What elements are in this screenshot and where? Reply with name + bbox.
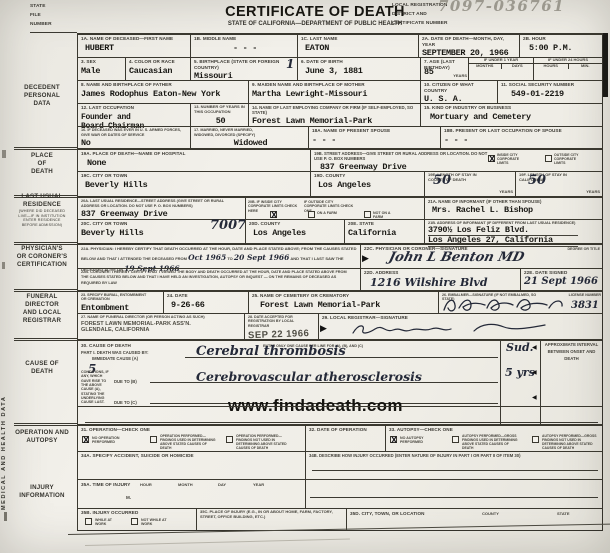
field-1c-last-name: 1C. LAST NAMEEATON — [297, 33, 418, 57]
scan-margin-mark — [4, 512, 7, 521]
field-26-embalmer: 26. EMBALMER—SIGNATURE (IF NOT EMBALMED,… — [438, 290, 603, 313]
attended-to-date: 20 Sept 1966 — [234, 253, 289, 262]
sidebar-funeral-director: FUNERAL DIRECTOR AND LOCAL REGISTRAR — [20, 293, 64, 325]
sidebar-physicians-certification: PHYSICIAN'S OR CORONER'S CERTIFICATION — [16, 245, 68, 269]
field-28-date-accepted: 28. DATE ACCEPTED FOR REGISTRATION BY LO… — [244, 313, 318, 339]
registrar-pointer-arrow: ▶ — [320, 323, 327, 334]
physician-signature: John L Benton MD — [387, 250, 526, 265]
field-2b-hour: 2B. HOUR5:00 P.M. — [519, 33, 603, 57]
field-25-cemetery: 25. NAME OF CEMETERY OR CREMATORYForest … — [248, 290, 438, 313]
sidebar-place-of-death: PLACE OF DEATH — [26, 152, 58, 176]
certificate-number-handwritten: 7097-036761 — [438, 0, 565, 15]
field-23-disposition: 23. SPECIFY BURIAL, ENTOMBMENT OR CREMAT… — [77, 290, 163, 313]
field-7-age: 7. AGE (LAST BIRTHDAY) 85 YEARS — [420, 57, 468, 80]
field-33-autopsy: 33. AUTOPSY—CHECK ONE X NO AUTOPSY PERFO… — [385, 424, 603, 451]
interval-b: 5 yrs — [505, 366, 535, 379]
field-9-mother: 9. MAIDEN NAME AND BIRTHPLACE OF MOTHERM… — [248, 80, 420, 103]
interval-arrow-a: ◀ — [532, 344, 537, 351]
field-1a-first-name: 1A. NAME OF DECEASED—FIRST NAMEHUBERT — [77, 33, 190, 57]
field-19d-county: 19D. COUNTYLos Angeles — [310, 171, 424, 196]
field-18b-spouse-occupation: 18B. PRESENT OR LAST OCCUPATION OF SPOUS… — [440, 126, 603, 148]
field-2a-date-of-death: 2A. DATE OF DEATH—MONTH, DAY, YEARSEPTEM… — [418, 33, 519, 57]
local-registrar-signature — [349, 321, 549, 337]
field-27-funeral-director: 27. NAME OF FUNERAL DIRECTOR (OR PERSON … — [77, 313, 244, 339]
field-4-color-or-race: 4. COLOR OR RACECaucasian — [125, 57, 190, 80]
stray-pen-mark: 1 — [286, 57, 294, 71]
field-20d-residence-county: 20D. COUNTYLos Angeles — [245, 219, 344, 243]
field-20a-residence-street: 20A. LAST USUAL RESIDENCE—STREET ADDRESS… — [77, 196, 245, 219]
autopsy-findings-used-checkbox — [452, 436, 459, 443]
on-a-farm-checkbox — [308, 211, 315, 218]
field-16-armed-forces: 16. IF DECEASED WAS EVER IN U. S. ARMED … — [77, 126, 190, 148]
autopsy-findings-not-used-checkbox — [532, 436, 539, 443]
signature-pointer-arrow: ▶ — [362, 253, 369, 264]
operation-findings-used-checkbox — [150, 436, 157, 443]
field-32-date-of-operation: 32. DATE OF OPERATION — [305, 424, 385, 451]
scan-edge-mark — [603, 33, 608, 97]
field-22c-physician-signature: 22C. PHYSICIAN OR CORONER—SIGNATURE DEGR… — [360, 243, 603, 268]
operation-findings-not-used-checkbox — [226, 436, 233, 443]
field-7-if-under-1-year: IF UNDER 1 YEAR MONTHSDAYS — [468, 57, 533, 80]
field-29-local-registrar: 29. LOCAL REGISTRAR—SIGNATURE ▶ — [318, 313, 603, 339]
outside-city-limits-label: OUTSIDE CITY CORPORATE LIMITS — [554, 153, 582, 166]
field-35c-place-of-injury: 35C. PLACE OF INJURY (E.G., IN OR ABOUT … — [196, 508, 346, 531]
field-22a-physician-certification: 22A. PHYSICIAN: I HEREBY CERTIFY THAT DE… — [77, 243, 360, 268]
field-14-employer: 14. NAME OF LAST EMPLOYING COMPANY OR FI… — [248, 103, 420, 126]
interval-arrow-b: ◀ — [532, 369, 537, 376]
interval-a: Sud. — [506, 341, 533, 354]
sidebar-cause-of-death: CAUSE OF DEATH — [25, 360, 59, 376]
field-19e-length-stay-county: 19E. LENGTH OF STAY IN COUNTY OF DEATH 5… — [424, 171, 515, 196]
inside-city-limits-label: INSIDE CITY CORPORATE LIMITS — [497, 153, 525, 166]
field-18a-spouse-name: 18A. NAME OF PRESENT SPOUSE- - - — [308, 126, 440, 148]
field-35a-time-of-injury: 35A. TIME OF INJURY HOUR MONTH DAY YEAR … — [77, 479, 305, 508]
death-certificate-scan: STATEFILENUMBER CERTIFICATE OF DEATH STA… — [0, 0, 610, 553]
sidebar-operation-and-autopsy: OPERATION AND AUTOPSY — [14, 429, 70, 445]
not-on-a-farm-checkbox — [364, 211, 371, 218]
field-21b-informant-address: 21B. ADDRESS OF INFORMANT (IF DIFFERENT … — [424, 219, 603, 243]
field-7-if-under-24-hours: IF UNDER 24 HOURS HOURSMIN. — [533, 57, 603, 80]
field-20b-city-limits: 20B. IF INSIDE CITY CORPORATE LIMITS CHE… — [245, 196, 424, 219]
embalmer-license-number: 3831 — [571, 300, 599, 311]
field-10-citizen: 10. CITIZEN OF WHAT COUNTRYU. S. A. — [420, 80, 497, 103]
interval-arrow-c: ◀ — [532, 394, 537, 401]
sidebar-injury-information: INJURY INFORMATION — [14, 484, 70, 500]
field-8-father: 8. NAME AND BIRTHPLACE OF FATHERJames Ro… — [77, 80, 248, 103]
field-24-date: 24. DATE9-26-66 — [163, 290, 248, 313]
field-31-operation: 31. OPERATION—CHECK ONE X NO OPERATION P… — [77, 424, 305, 451]
sidebar-last-usual-residence: LAST USUAL RESIDENCE — [16, 193, 68, 209]
outside-city-limits-checkbox — [545, 155, 552, 162]
inside-city-limits-checkbox: X — [488, 155, 495, 162]
field-6-date-of-birth: 6. DATE OF BIRTHJune 3, 1881 — [297, 57, 420, 80]
state-file-number-label: STATEFILENUMBER — [30, 4, 52, 27]
field-34a-accident-suicide-homicide: 34A. SPECIFY ACCIDENT, SUICIDE OR HOMICI… — [77, 451, 305, 479]
field-35b-injury-occurred: 35B. INJURY OCCURRED WHILE AT WORK NOT W… — [77, 508, 196, 531]
field-22b-coroner-certification: 22B. CORONER: I HEREBY CERTIFY THAT I VI… — [77, 268, 360, 290]
sidebar-residence-note: (WHERE DID DECEASED LIVE—IF IN INSTITUTI… — [15, 209, 69, 228]
field-21a-informant: 21A. NAME OF INFORMANT (IF OTHER THAN SP… — [424, 196, 603, 219]
handwritten-7007: 7007 — [210, 218, 246, 233]
funeral-director-stamp-line2: GLENDALE, CALIFORNIA — [81, 327, 243, 333]
field-22d-address: 22D. ADDRESS1216 Wilshire Blvd — [360, 268, 520, 290]
field-5-birthplace: 5. BIRTHPLACE (STATE OR FOREIGN COUNTRY)… — [190, 57, 297, 80]
sidebar-medical-health-data-vertical: MEDICAL AND HEALTH DATA — [1, 335, 7, 510]
residence-inside-city-checkbox: X — [270, 211, 277, 218]
not-while-at-work-checkbox — [131, 518, 138, 525]
field-34b-continuation — [305, 479, 603, 508]
field-20e-residence-state: 20E. STATECalifornia — [344, 219, 424, 243]
field-22e-date-signed: 22E. DATE SIGNED21 Sept 1966 — [520, 268, 603, 290]
field-34b-describe-injury: 34B. DESCRIBE HOW INJURY OCCURRED (ENTER… — [305, 451, 603, 479]
field-3-sex: 3. SEXMale — [77, 57, 125, 80]
scan-margin-mark — [2, 150, 6, 158]
interval-header: APPROXIMATE INTERVAL BETWEEN ONSET AND D… — [542, 342, 601, 363]
field-12-last-occupation: 12. LAST OCCUPATIONFounder and Board Cha… — [77, 103, 190, 126]
field-1b-middle-name: 1B. MIDDLE NAME- - - — [190, 33, 297, 57]
while-at-work-checkbox — [85, 518, 92, 525]
sidebar-decedent-personal-data: DECEDENT PERSONAL DATA — [20, 84, 64, 108]
field-13-years-occupation: 13. NUMBER OF YEARS IN THIS OCCUPATION50 — [190, 103, 248, 126]
scan-edge-artifact — [85, 539, 350, 546]
no-operation-checkbox: X — [82, 436, 89, 443]
field-19c-city: 19C. CITY OR TOWNBeverly Hills — [77, 171, 310, 196]
attended-from-date: Oct 1965 — [188, 253, 226, 262]
field-17-marital-status: 17. MARRIED, NEVER MARRIED, WIDOWED, DIV… — [190, 126, 308, 148]
no-autopsy-checkbox: X — [390, 436, 397, 443]
field-15-industry: 15. KIND OF INDUSTRY OR BUSINESSMortuary… — [420, 103, 603, 126]
field-11-ssn: 11. SOCIAL SECURITY NUMBER549-01-2219 — [497, 80, 603, 103]
field-19f-length-stay-california: 19F. LENGTH OF STAY IN CALIFORNIA 50 YEA… — [515, 171, 603, 196]
field-19a-hospital: 19A. PLACE OF DEATH—NAME OF HOSPITALNone — [77, 148, 310, 171]
scan-margin-mark — [2, 262, 5, 269]
